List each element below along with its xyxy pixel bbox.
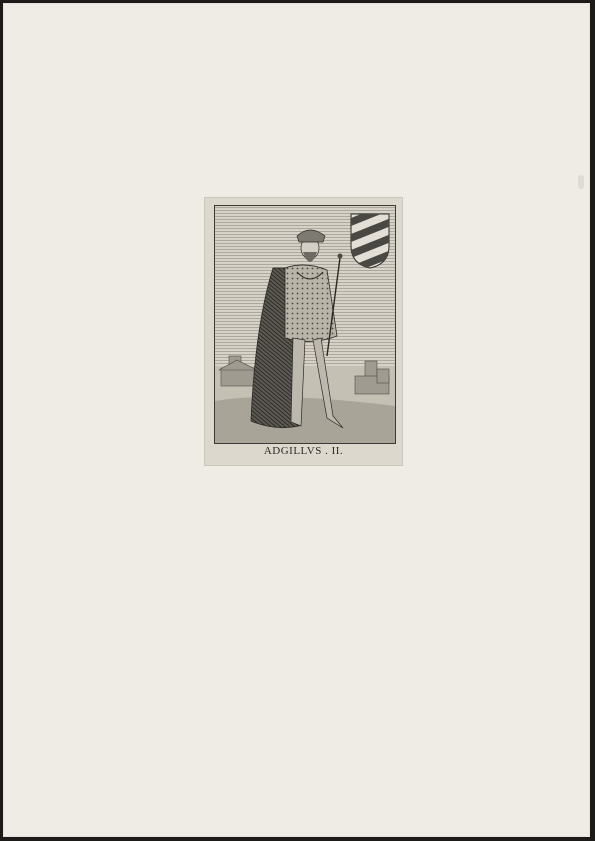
engraving-image bbox=[214, 205, 396, 444]
engraving-plate: ADGILLVS . II. bbox=[205, 198, 402, 465]
sheet-edge-mark bbox=[578, 175, 584, 189]
print-caption: ADGILLVS . II. bbox=[205, 445, 402, 457]
mount-sheet: ADGILLVS . II. bbox=[3, 3, 590, 837]
